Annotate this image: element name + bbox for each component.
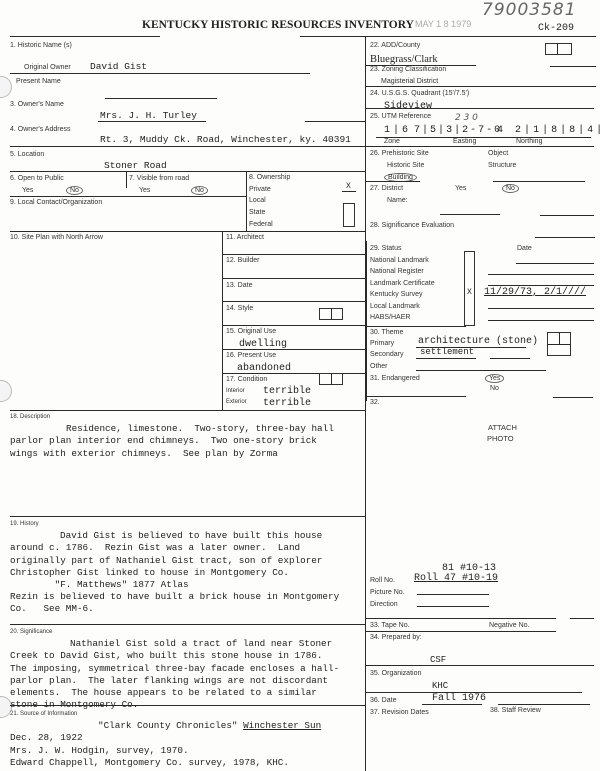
form-date-value[interactable]: Fall 1976: [432, 693, 486, 704]
builder-label: 12. Builder: [226, 257, 259, 264]
present-name-label: Present Name: [16, 78, 61, 85]
theme-primary-value[interactable]: architecture (stone): [418, 336, 538, 347]
endangered-yes-circled[interactable]: Yes: [485, 374, 504, 383]
original-use-label: 15. Original Use: [226, 328, 276, 335]
endangered-no[interactable]: No: [490, 385, 499, 392]
picture-no-label: Picture No.: [370, 589, 405, 596]
owners-address-value[interactable]: Rt. 3, Muddy Ck. Road, Winchester, ky. 4…: [100, 134, 351, 145]
staff-review-label: 38. Staff Review: [490, 707, 541, 714]
ownership-code-box: [343, 203, 355, 227]
add-county-label: 22. ADD/County: [370, 42, 420, 49]
district-label: 27. District: [370, 185, 403, 192]
prehistoric-site-label[interactable]: 26. Prehistoric Site: [370, 150, 429, 157]
status-landmark-certificate[interactable]: Landmark Certificate: [370, 280, 435, 287]
interior-value[interactable]: terrible: [263, 386, 311, 397]
owners-name-value[interactable]: Mrs. J. H. Turley: [100, 110, 197, 121]
punch-hole: [0, 76, 12, 98]
utm-easting: 7|5|3|2-7-0: [414, 125, 502, 136]
district-yes[interactable]: Yes: [455, 185, 466, 192]
easting-label: Easting: [453, 138, 476, 145]
date-label: 13. Date: [226, 282, 252, 289]
object-option[interactable]: Object: [488, 150, 508, 157]
northing-label: Northing: [516, 138, 542, 145]
visible-no-circled[interactable]: No: [191, 186, 208, 195]
present-use-label: 16. Present Use: [226, 352, 276, 359]
ownership-state[interactable]: State: [249, 209, 265, 216]
district-name-label: Name:: [387, 197, 408, 204]
zoning-label: 23. Zoning Classification: [370, 66, 446, 73]
original-owner-value[interactable]: David Gist: [90, 61, 147, 72]
photo-text: PHOTO: [487, 434, 514, 443]
easting-correction: 2 3 0: [455, 113, 478, 123]
owners-name-label: 3. Owner's Name: [10, 101, 64, 108]
exterior-label: Exterior: [226, 399, 247, 405]
utm-label: 25. UTM Reference: [370, 113, 431, 120]
history-text[interactable]: David Gist is believed to have built thi…: [10, 518, 339, 616]
usgs-quad-label: 24. U.S.G.S. Quadrant (15'/7.5'): [370, 90, 469, 97]
prepared-by-label: 34. Prepared by:: [370, 634, 422, 641]
roll-no-label: Roll No.: [370, 577, 395, 584]
attach-text: ATTACH: [488, 423, 517, 432]
open-yes[interactable]: Yes: [22, 187, 33, 194]
ownership-local[interactable]: Local: [249, 197, 266, 204]
site-number: Ck-209: [538, 23, 574, 34]
primary-label: Primary: [370, 340, 394, 347]
interior-label: Interior: [226, 388, 245, 394]
prepared-by-value[interactable]: CSF: [430, 655, 446, 665]
historic-name-label: 1. Historic Name (s): [10, 42, 72, 49]
secondary-label: Secondary: [370, 351, 403, 358]
condition-label: 17. Condition: [226, 376, 267, 383]
status-habs-haer[interactable]: HABS/HAER: [370, 314, 410, 321]
structure-option[interactable]: Structure: [488, 162, 516, 169]
negative-no-label: Negative No.: [489, 622, 529, 629]
county-code-box: [545, 43, 572, 55]
original-owner-label: Original Owner: [24, 64, 71, 71]
significance-eval-label: 28. Significance Evaluation: [370, 222, 454, 229]
significance-text[interactable]: Nathaniel Gist sold a tract of land near…: [10, 626, 339, 711]
direction-label: Direction: [370, 601, 398, 608]
other-label: Other: [370, 363, 388, 370]
received-stamp: MAY 1 8 1979: [415, 19, 471, 29]
kentucky-survey-mark: X: [467, 288, 472, 297]
organization-label: 35. Organization: [370, 670, 421, 677]
architect-label: 11. Architect: [226, 234, 264, 241]
status-national-landmark[interactable]: National Landmark: [370, 257, 429, 264]
punch-hole: [0, 380, 12, 402]
utm-zone: 1|6: [384, 125, 411, 136]
local-contact-label: 9. Local Contact/Organization: [10, 199, 102, 206]
usgs-quad-value[interactable]: Sideview: [384, 101, 432, 112]
ownership-label: 8. Ownership: [249, 174, 290, 181]
magisterial-label: Magisterial District: [381, 78, 438, 85]
roll-no-value[interactable]: Roll 47 #10-19: [414, 573, 498, 584]
visible-from-road-label: 7. Visible from road: [129, 175, 189, 182]
district-no-circled[interactable]: No: [502, 184, 519, 193]
add-county-value[interactable]: Bluegrass/Clark: [370, 54, 438, 65]
style-label: 14. Style: [226, 305, 253, 312]
revision-dates-label: 37. Revision Dates: [370, 709, 429, 716]
theme-label: 30. Theme: [370, 329, 403, 336]
status-date-label: Date: [517, 245, 532, 252]
ownership-federal[interactable]: Federal: [249, 221, 273, 228]
status-local-landmark[interactable]: Local Landmark: [370, 303, 420, 310]
description-text[interactable]: Residence, limestone. Two-story, three-b…: [10, 411, 334, 460]
source-text[interactable]: "Clark County Chronicles" Winchester Sun…: [10, 708, 321, 769]
ownership-private[interactable]: Private: [249, 186, 271, 193]
location-label: 5. Location: [10, 151, 44, 158]
form-title: KENTUCKY HISTORIC RESOURCES INVENTORY: [142, 19, 414, 31]
visible-yes[interactable]: Yes: [139, 187, 150, 194]
location-value[interactable]: Stoner Road: [104, 160, 167, 171]
site-plan-label: 10. Site Plan with North Arrow: [10, 234, 103, 241]
tape-no-label: 33. Tape No.: [370, 622, 410, 629]
organization-value[interactable]: KHC: [432, 681, 448, 691]
ownership-private-mark: X: [346, 182, 351, 191]
open-no-circled[interactable]: No: [66, 186, 83, 195]
owners-address-label: 4. Owner's Address: [10, 126, 70, 133]
photo-label: 32.: [370, 399, 380, 406]
status-national-register[interactable]: National Register: [370, 268, 424, 275]
theme-secondary-value[interactable]: settlement: [420, 347, 474, 357]
utm-northing: 4 2|1|8|8|4|0: [497, 125, 600, 136]
endangered-label: 31. Endangered: [370, 375, 420, 382]
status-kentucky-survey[interactable]: Kentucky Survey: [370, 291, 423, 298]
form-date-label: 36. Date: [370, 697, 396, 704]
status-label: 29. Status: [370, 245, 402, 252]
zone-label: Zone: [384, 138, 400, 145]
kentucky-survey-date[interactable]: 11/29/73, 2/1////: [484, 287, 586, 298]
open-to-public-label: 6. Open to Public: [10, 175, 64, 182]
historic-site-option[interactable]: Historic Site: [387, 162, 424, 169]
exterior-value[interactable]: terrible: [263, 398, 311, 409]
handwritten-number: 79003581: [482, 0, 577, 20]
